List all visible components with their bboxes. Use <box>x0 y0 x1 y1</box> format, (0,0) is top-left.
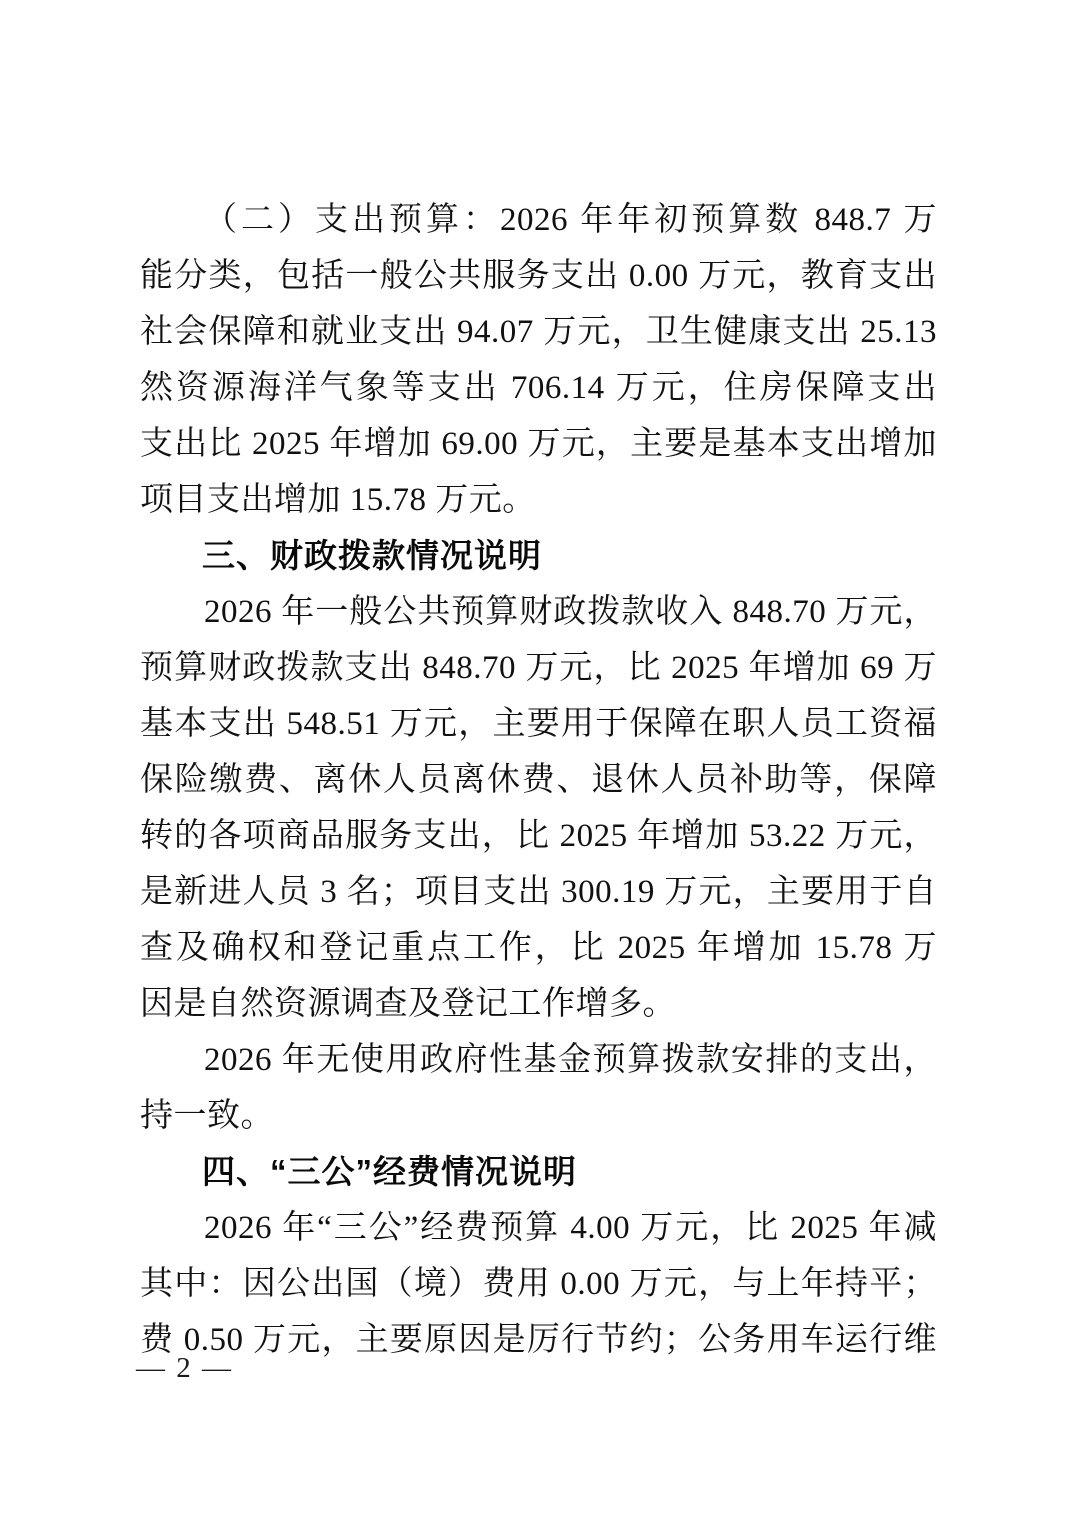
text-line: 2026 年“三公”经费预算 4.00 万元，比 2025 年减少 0.50 万… <box>140 1200 937 1256</box>
page-number: — 2 — <box>136 1348 233 1388</box>
section-heading-fiscal-appropriation: 三、财政拨款情况说明 <box>140 528 937 584</box>
text-line: 查及确权和登记重点工作，比 2025 年增加 15.78 万元，主要原 <box>140 920 937 976</box>
text-line: （二）支出预算：2026 年年初预算数 848.7 万元，按支出功 <box>140 192 937 248</box>
text-line: 持一致。 <box>140 1088 937 1144</box>
text-line: 是新进人员 3 名；项目支出 300.19 万元，主要用于自然资源调 <box>140 864 937 920</box>
paragraph-fiscal-appropriation: 2026 年一般公共预算财政拨款收入 848.70 万元，一般公共 预算财政拨款… <box>140 584 937 1032</box>
text-line: 预算财政拨款支出 848.70 万元，比 2025 年增加 69 万元。其中： <box>140 640 937 696</box>
document-content: （二）支出预算：2026 年年初预算数 848.7 万元，按支出功 能分类，包括… <box>140 192 937 1368</box>
text-line: 项目支出增加 15.78 万元。 <box>140 472 937 528</box>
text-line: 2026 年一般公共预算财政拨款收入 848.70 万元，一般公共 <box>140 584 937 640</box>
paragraph-expenditure-budget: （二）支出预算：2026 年年初预算数 848.7 万元，按支出功 能分类，包括… <box>140 192 937 528</box>
text-line: 费 0.50 万元，主要原因是厉行节约；公务用车运行维护费 3.50 <box>140 1312 937 1368</box>
text-line: 社会保障和就业支出 94.07 万元，卫生健康支出 25.13 万元，自 <box>140 304 937 360</box>
paragraph-three-public: 2026 年“三公”经费预算 4.00 万元，比 2025 年减少 0.50 万… <box>140 1200 937 1368</box>
text-line: 能分类，包括一般公共服务支出 0.00 万元，教育支出 0.00 万元， <box>140 248 937 304</box>
text-line: 支出比 2025 年增加 69.00 万元，主要是基本支出增加 53.22 万元… <box>140 416 937 472</box>
text-line: 其中：因公出国（境）费用 0.00 万元，与上年持平；公务接待 <box>140 1256 937 1312</box>
text-line: 然资源海洋气象等支出 706.14 万元，住房保障支出 23.36 万元； <box>140 360 937 416</box>
text-line: 2026 年无使用政府性基金预算拨款安排的支出，与上年保 <box>140 1032 937 1088</box>
paragraph-government-fund: 2026 年无使用政府性基金预算拨款安排的支出，与上年保 持一致。 <box>140 1032 937 1144</box>
text-line: 保险缴费、离休人员离休费、退休人员补助等，保障部门正常运 <box>140 752 937 808</box>
text-line: 转的各项商品服务支出，比 2025 年增加 53.22 万元，主要原因 <box>140 808 937 864</box>
text-line: 基本支出 548.51 万元，主要用于保障在职人员工资福利及社会 <box>140 696 937 752</box>
document-page: （二）支出预算：2026 年年初预算数 848.7 万元，按支出功 能分类，包括… <box>0 0 1074 1520</box>
text-line: 因是自然资源调查及登记工作增多。 <box>140 976 937 1032</box>
section-heading-three-public: 四、“三公”经费情况说明 <box>140 1144 937 1200</box>
